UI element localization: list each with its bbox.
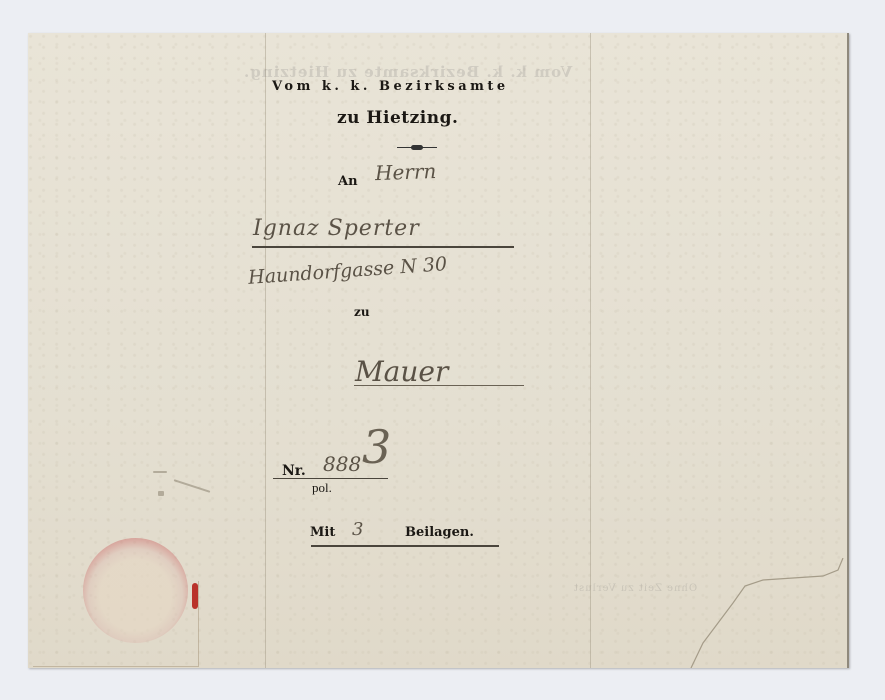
- wax-seal-remnant: [192, 583, 198, 609]
- recipient-underline: [252, 246, 514, 248]
- reference-number: 888: [323, 452, 361, 476]
- large-numeral: 3: [362, 420, 391, 474]
- recipient-name: Ignaz Sperter: [253, 216, 420, 241]
- ink-smudge: [153, 471, 167, 473]
- destination-prefix: zu: [354, 305, 370, 319]
- number-label: Nr.: [282, 463, 306, 479]
- addressee-prefix: An: [338, 174, 358, 189]
- ink-smudge: [158, 491, 164, 496]
- wax-seal-icon: [83, 538, 188, 643]
- destination-handwritten: Mauer: [355, 355, 448, 388]
- enclosures-underline: [311, 545, 499, 547]
- ornament-divider-icon: [397, 144, 437, 152]
- enclosures-suffix: Beilagen.: [405, 525, 474, 540]
- enclosures-prefix: Mit: [310, 525, 335, 540]
- enclosure-count: 3: [352, 519, 363, 540]
- paper-tear: [673, 558, 853, 668]
- document-paper: Vom k. k. Bezirksamte zu Hietzing. Ohne …: [28, 33, 849, 668]
- ink-smudge: [174, 479, 211, 493]
- number-suffix: pol.: [312, 480, 332, 496]
- issuing-office: Vom k. k. Bezirksamte: [272, 79, 509, 94]
- fold-line-left: [265, 33, 266, 668]
- salutation-handwritten: Herrn: [375, 159, 437, 185]
- destination-underline: [354, 385, 524, 386]
- number-underline: [273, 478, 388, 479]
- fold-line-right: [590, 33, 591, 668]
- issuing-place: zu Hietzing.: [337, 108, 458, 128]
